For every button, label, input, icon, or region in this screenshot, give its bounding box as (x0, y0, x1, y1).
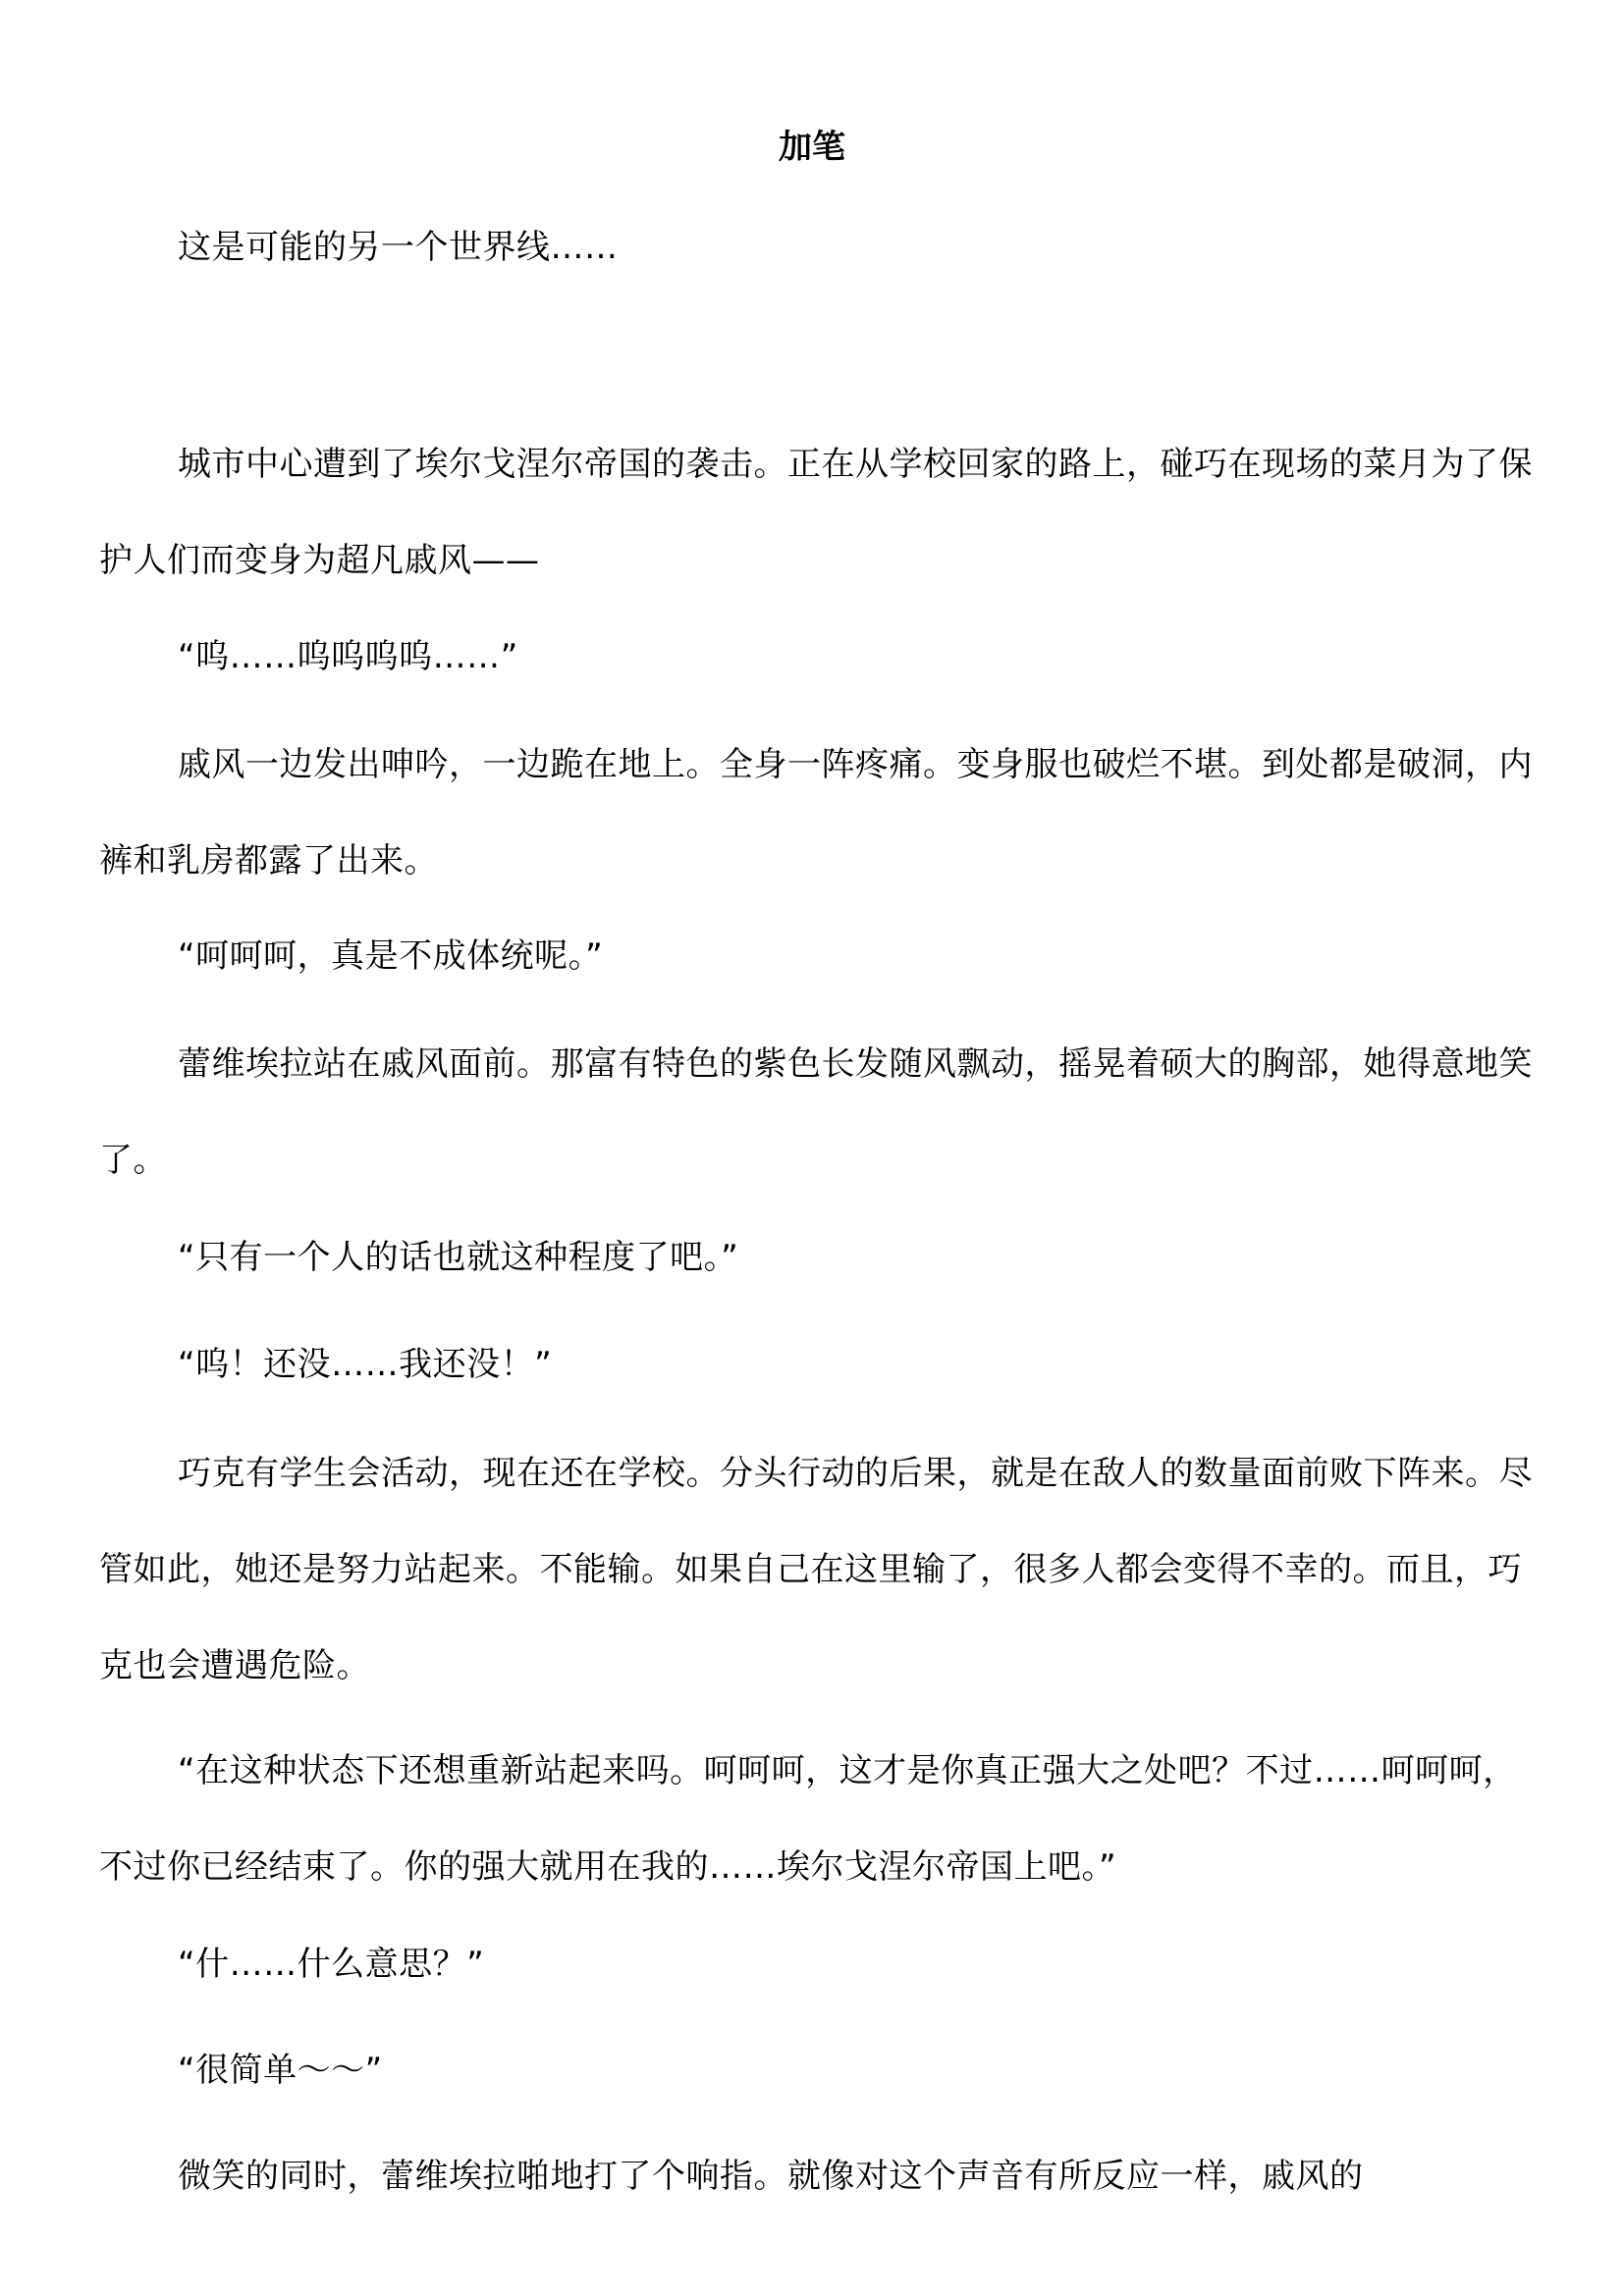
paragraph: 这是可能的另一个世界线…… (99, 199, 1533, 295)
paragraph: “呜！还没……我还没！” (99, 1316, 1533, 1413)
paragraph: 城市中心遭到了埃尔戈涅尔帝国的袭击。正在从学校回家的路上，碰巧在现场的菜月为了保… (99, 416, 1533, 609)
paragraph: “呵呵呵，真是不成体统呢。” (99, 908, 1533, 1004)
paragraph: “只有一个人的话也就这种程度了吧。” (99, 1209, 1533, 1306)
paragraph: 戚风一边发出呻吟，一边跪在地上。全身一阵疼痛。变身服也破烂不堪。到处都是破洞，内… (99, 717, 1533, 909)
paragraph: “在这种状态下还想重新站起来吗。呵呵呵，这才是你真正强大之处吧？不过……呵呵呵，… (99, 1723, 1533, 1915)
paragraph: 巧克有学生会活动，现在还在学校。分头行动的后果，就是在敌人的数量面前败下阵来。尽… (99, 1425, 1533, 1714)
page-title: 加笔 (0, 120, 1624, 168)
paragraph: “什……什么意思？” (99, 1916, 1533, 2012)
paragraph: 蕾维埃拉站在戚风面前。那富有特色的紫色长发随风飘动，摇晃着硕大的胸部，她得意地笑… (99, 1016, 1533, 1208)
paragraph: “很简单～～” (99, 2022, 1533, 2118)
paragraph: 微笑的同时，蕾维埃拉啪地打了个响指。就像对这个声音有所反应一样，戚风的 (99, 2128, 1533, 2224)
paragraph: “呜……呜呜呜呜……” (99, 609, 1533, 705)
